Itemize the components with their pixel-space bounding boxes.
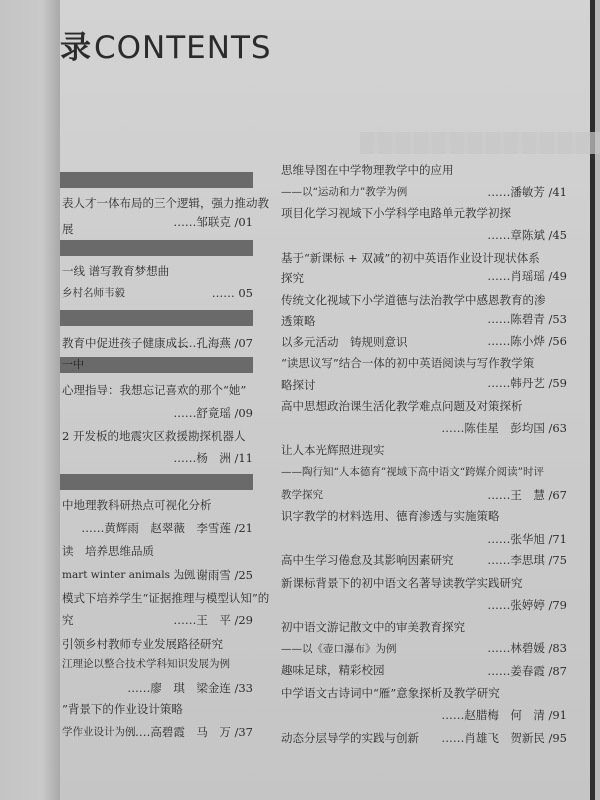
entry-title[interactable]: 让人本光辉照进现实 [281,442,385,458]
entry-subtitle: ——以“运动和力”教学为例 [281,184,407,200]
entry-title[interactable]: 读 培养思维品质 [62,543,154,559]
section-bar [60,172,253,188]
entry-title-cont[interactable]: 教学探究 [281,487,323,503]
entry-author-page: ……黄辉雨 赵翠薇 李雪莲 /21 [81,520,253,536]
section-bar [60,474,253,490]
entry-title-cont[interactable]: 略探讨 [281,377,316,393]
entry-subtitle: 乡村名师韦毅 [62,285,125,301]
entry-title[interactable]: 新课标背景下的初中语文名著导读教学实践研究 [281,575,523,591]
entry-title[interactable]: 一线 谱写教育梦想曲 [62,263,169,279]
entry-author-page: ……陈佳星 彭均国 /63 [441,420,567,436]
entry-author-page: ……陈碧青 /53 [487,311,567,327]
entry-title[interactable]: 思维导图在中学物理教学中的应用 [281,162,454,178]
entry-title[interactable]: 中地理教科研热点可视化分析 [62,497,212,513]
entry-author-page: ……王 慧 /67 [487,487,567,503]
entry-title[interactable]: “读思议写”结合一体的初中英语阅读与写作教学策 [281,355,534,371]
entry-author-page: ……张华旭 /71 [487,531,567,547]
book-spine-shadow [0,0,60,800]
page-edge [590,0,595,800]
entry-author-page: ……孔海燕 /07 [173,335,253,351]
entry-author-page: ……谢雨雪 /25 [173,567,253,583]
entry-author-page: ……肖雄飞 贺新民 /95 [441,730,567,746]
title-mark: 录 [60,30,92,66]
entry-subtitle: ——以《壶口瀑布》为例 [281,641,397,657]
entry-title[interactable]: 动态分层导学的实践与创新 [281,730,419,746]
entry-title[interactable]: 教育中促进孩子健康成长 [62,335,189,351]
entry-title-cont[interactable]: 透策略 [281,313,316,329]
entry-title[interactable]: 引领乡村教师专业发展路径研究 [62,636,223,652]
entry-title[interactable]: ”背景下的作业设计策略 [62,701,183,717]
entry-author-page: …… 05 [212,285,253,301]
entry-title[interactable]: 中学语文古诗词中“雁”意象探析及教学研究 [281,685,500,701]
entry-title[interactable]: 趣味足球，精彩校园 [281,662,385,678]
entry-author-page: ……李思琪 /75 [487,552,567,568]
section-bar [60,240,253,256]
entry-author-page: ……韩丹艺 /59 [487,375,567,391]
section-bar: 一中 [60,357,253,373]
entry-title[interactable]: 初中语文游记散文中的审美教育探究 [281,619,465,635]
show-through-text [360,132,600,154]
entry-author-page: ……高碧霞 马 万 /37 [127,724,253,740]
entry-author-page: ……肖瑶瑶 /49 [487,268,567,284]
entry-title[interactable]: 模式下培养学生“证据推理与模型认知”的 [62,590,269,606]
entry-author-page: ……王 平 /29 [173,612,253,628]
entry-author-page: ……潘敏芳 /41 [487,184,567,200]
entry-title[interactable]: 表人才一体布局的三个逻辑，强力推动教 [62,195,269,211]
entry-author-page: ……陈小烨 /56 [487,333,567,349]
entry-title-cont[interactable]: 展 [62,221,74,237]
entry-author-page: ……章陈斌 /45 [487,227,567,243]
entry-subtitle: 江理论以整合技术学科知识发展为例 [62,656,230,672]
entry-author-page: ……张婷婷 /79 [487,597,567,613]
page-title: 录CONTENTS [60,22,272,67]
entry-title[interactable]: 传统文化视域下小学道德与法治教学中感恩教育的渗 [281,292,546,308]
entry-title[interactable]: 以多元活动 铸规则意识 [281,334,408,350]
entry-title-cont[interactable]: 探究 [281,270,304,286]
entry-title[interactable]: 基于“新课标 + 双减”的初中英语作业设计现状体系 [281,250,540,266]
entry-title[interactable]: 识字教学的材料选用、德育渗透与实施策略 [281,508,500,524]
entry-title[interactable]: 2 开发板的地震灾区救援勘探机器人 [62,428,245,444]
entry-title[interactable]: 高中思想政治课生活化教学难点问题及对策探析 [281,398,523,414]
entry-author-page: ……邹联克 /01 [173,214,253,230]
entry-author-page: ……舒竟瑶 /09 [173,405,253,421]
entry-author-page: ……林碧媛 /83 [487,640,567,656]
entry-author-page: ……杨 洲 /11 [173,450,253,466]
entry-subtitle: ——陶行知“人本德育”视域下高中语文“跨媒介阅读”时评 [281,464,544,480]
entry-author-page: ……姜春霞 /87 [487,663,567,679]
entry-title[interactable]: 项目化学习视域下小学科学电路单元教学初探 [281,205,511,221]
entry-author-page: ……廖 琪 梁金连 /33 [127,680,253,696]
title-text: CONTENTS [94,30,272,66]
entry-author-page: ……赵腊梅 何 清 /91 [441,707,567,723]
entry-title[interactable]: 心理指导：我想忘记喜欢的那个“她” [62,382,246,398]
section-bar [60,310,253,326]
entry-title-cont[interactable]: 究 [62,612,74,628]
entry-subtitle: 学作业设计为例 [62,724,136,740]
entry-title[interactable]: 高中生学习倦怠及其影响因素研究 [281,552,454,568]
